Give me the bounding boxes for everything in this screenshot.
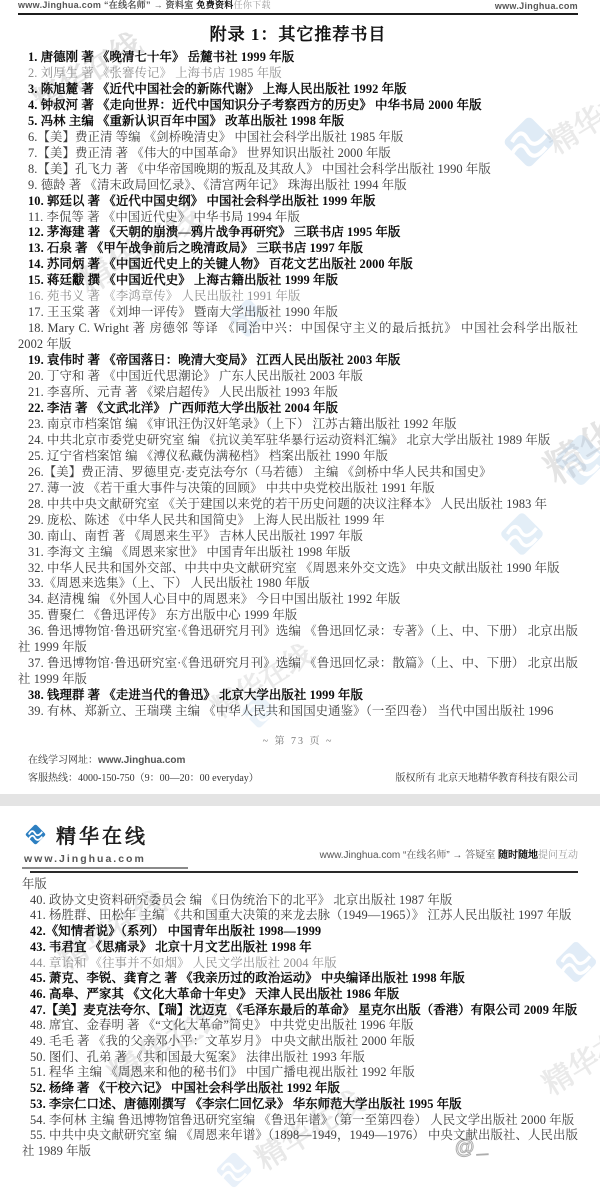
book-list-item: 2. 刘厚生 著 《张謇传记》 上海书店 1985 年版 xyxy=(18,66,578,82)
book-list-item: 18. Mary C. Wright 著 房德邻 等译 《同治中兴：中国保守主义… xyxy=(18,321,578,353)
page-divider xyxy=(0,794,600,806)
book-list-item: 50. 图们、孔弟 著 《共和国最大冤案》 法律出版社 1993 年版 xyxy=(22,1050,578,1066)
book-list-item: 38. 钱理群 著 《走进当代的鲁迅》 北京大学出版社 1999 年版 xyxy=(18,688,578,704)
book-list-item: 21. 李喜所、元青 著 《梁启超传》 人民出版社 1993 年版 xyxy=(18,385,578,401)
study-url: www.Jinghua.com xyxy=(98,755,185,766)
book-list-item: 6.【美】费正清 等编 《剑桥晚清史》 中国社会科学出版社 1985 年版 xyxy=(18,130,578,146)
header-right-prefix: www.Jinghua.com “在线名师” → 答疑室 xyxy=(320,850,498,861)
book-list-item: 10. 郭廷以 著 《近代中国史纲》 中国社会科学出版社 1999 年版 xyxy=(18,194,578,210)
book-list-page2: 40. 政协文史资料研究委员会 编 《日伪统治下的北平》 北京出版社 1987 … xyxy=(22,893,578,1160)
book-list-item: 55. 中共中央文献研究室 编 《周恩来年谱》（1898—1949，1949—1… xyxy=(22,1128,578,1159)
page-1: www.Jinghua.com “在线名师” → 资料室 免费资料任你下载 ww… xyxy=(0,0,600,794)
book-list-item: 14. 苏同炳 著 《中国近代史上的关键人物》 百花文艺出版社 2000 年版 xyxy=(18,257,578,273)
page2-header-rule xyxy=(30,871,578,873)
book-list-item: 39. 有林、郑新立、王瑞璞 主编 《中华人民共和国国史通鉴》（一至四卷） 当代… xyxy=(18,704,578,720)
book-list-item: 5. 冯林 主编 《重新认识百年中国》 改革出版社 1998 年版 xyxy=(18,114,578,130)
book-list-item: 40. 政协文史资料研究委员会 编 《日伪统治下的北平》 北京出版社 1987 … xyxy=(22,893,578,909)
book-list-item: 36. 鲁迅博物馆·鲁迅研究室·《鲁迅研究月刊》选编 《鲁迅回忆录：专著》（上、… xyxy=(18,624,578,656)
book-list-item: 26.【美】费正清、罗德里克·麦克法夸尔（马若德） 主编 《剑桥中华人民共和国史… xyxy=(18,465,578,481)
appendix-title: 附录 1：其它推荐书目 xyxy=(18,20,578,45)
book-list-item: 13. 石泉 著 《甲午战争前后之晚清政局》 三联书店 1997 年版 xyxy=(18,241,578,257)
book-list-item: 32. 中华人民共和国外交部、中共中央文献研究室 《周恩来外交文选》 中央文献出… xyxy=(18,561,578,577)
book-list-item: 33.《周恩来选集》（上、下） 人民出版社 1980 年版 xyxy=(18,576,578,592)
book-list-item: 22. 李洁 著 《文武北洋》 广西师范大学出版社 2004 年版 xyxy=(18,401,578,417)
book-list-item: 37. 鲁迅博物馆·鲁迅研究室·《鲁迅研究月刊》选编 《鲁迅回忆录：散篇》（上、… xyxy=(18,656,578,688)
book-list-item: 20. 丁守和 著 《中国近代思潮论》 广东人民出版社 2003 年版 xyxy=(18,369,578,385)
header-left-suffix: 任你下载 xyxy=(234,0,271,10)
book-list-item: 3. 陈旭麓 著 《近代中国社会的新陈代谢》 上海人民出版社 1992 年版 xyxy=(18,82,578,98)
book-list-item: 45. 萧克、李锐、龚育之 著 《我亲历过的政治运动》 中央编译出版社 1998… xyxy=(22,971,578,987)
page1-header-left: www.Jinghua.com “在线名师” → 资料室 免费资料任你下载 xyxy=(18,0,271,11)
book-list-item: 51. 程华 主编 《周恩来和他的秘书们》 中国广播电视出版社 1992 年版 xyxy=(22,1065,578,1081)
study-url-label: 在线学习网址： xyxy=(28,755,98,766)
book-list-item: 28. 中共中央文献研究室 《关于建国以来党的若干历史问题的决议注释本》 人民出… xyxy=(18,497,578,513)
header-right-bold: 随时随地 xyxy=(498,850,538,861)
book-list-item: 35. 曹聚仁 《鲁迅评传》 东方出版中心 1999 年版 xyxy=(18,608,578,624)
book-list-item: 43. 韦君宜 《思痛录》 北京十月文艺出版社 1998 年 xyxy=(22,940,578,956)
book-list-item: 31. 李海文 主编 《周恩来家世》 中国青年出版社 1998 年版 xyxy=(18,545,578,561)
book-list-item: 41. 杨胜群、田松年 主编 《共和国重大决策的来龙去脉（1949—1965）》… xyxy=(22,908,578,924)
book-list-item: 8.【美】孔飞力 著 《中华帝国晚期的叛乱及其敌人》 中国社会科学出版社 199… xyxy=(18,162,578,178)
page2-header: 精华在线 www.Jinghua.com www.Jinghua.com “在线… xyxy=(22,820,578,869)
page1-footer: ~ 第 73 页 ~ 在线学习网址：www.Jinghua.com 客服热线：4… xyxy=(18,732,578,784)
book-list-item: 27. 薄一波 《若干重大事件与决策的回顾》 中共中央党校出版社 1991 年版 xyxy=(18,481,578,497)
copyright: 版权所有 北京天地精华教育科技有限公司 xyxy=(396,769,579,784)
book-list-item: 23. 南京市档案馆 编 《审讯汪伪汉奸笔录》（上下） 江苏古籍出版社 1992… xyxy=(18,417,578,433)
hotline: 客服热线：4000-150-750（9：00—20：00 everyday） xyxy=(28,769,259,784)
page-number: ~ 第 73 页 ~ xyxy=(18,732,578,747)
book-list-item: 30. 南山、南哲 著 《周恩来生平》 吉林人民出版社 1997 年版 xyxy=(18,529,578,545)
book-list-item: 11. 李侃等 著 《中国近代史》 中华书局 1994 年版 xyxy=(18,210,578,226)
book-list-item: 46. 高皋、严家其 《文化大革命十年史》 天津人民出版社 1986 年版 xyxy=(22,987,578,1003)
book-list-item: 52. 杨绛 著 《干校六记》 中国社会科学出版社 1992 年版 xyxy=(22,1081,578,1097)
brand-name: 精华在线 xyxy=(56,820,148,849)
footer-row: 客服热线：4000-150-750（9：00—20：00 everyday） 版… xyxy=(28,769,578,784)
book-list-item: 19. 袁伟时 著 《帝国落日：晚清大变局》 江西人民出版社 2003 年版 xyxy=(18,353,578,369)
logo-row: 精华在线 xyxy=(22,820,578,849)
book-list-item: 12. 茅海建 著 《天朝的崩溃—鸦片战争再研究》 三联书店 1995 年版 xyxy=(18,225,578,241)
book-list-item: 7.【美】费正清 著 《伟大的中国革命》 世界知识出版社 2000 年版 xyxy=(18,146,578,162)
book-list-item: 25. 辽宁省档案馆 编 《溥仪私藏伪满秘档》 档案出版社 1990 年版 xyxy=(18,449,578,465)
continuation-line: 年版 xyxy=(22,877,578,893)
book-list-item: 17. 王玉棠 著 《刘坤一评传》 暨南大学出版社 1990 年版 xyxy=(18,305,578,321)
book-list-item: 1. 唐德刚 著 《晚清七十年》 岳麓书社 1999 年版 xyxy=(18,50,578,66)
book-list-item: 15. 蒋廷黻 撰 《中国近代史》 上海古籍出版社 1999 年版 xyxy=(18,273,578,289)
book-list-page1: 1. 唐德刚 著 《晚清七十年》 岳麓书社 1999 年版2. 刘厚生 著 《张… xyxy=(18,50,578,720)
book-list-item: 34. 赵清槐 编 《外国人心目中的周恩来》 今日中国出版社 1992 年版 xyxy=(18,592,578,608)
header-left-prefix: www.Jinghua.com “在线名师” → 资料室 xyxy=(18,0,196,10)
book-list-item: 47.【美】麦克法夸尔、【瑞】沈迈克 《毛泽东最后的革命》 星克尔出版（香港）有… xyxy=(22,1003,578,1019)
book-list-item: 4. 钟叔河 著 《走向世界：近代中国知识分子考察西方的历史》 中华书局 200… xyxy=(18,98,578,114)
header-right-suffix: 提问互动 xyxy=(538,850,578,861)
book-list-item: 29. 庞松、陈述 《中华人民共和国简史》 上海人民出版社 1999 年 xyxy=(18,513,578,529)
book-list-item: 42.《知情者说》（系列） 中国青年出版社 1998—1999 xyxy=(22,924,578,940)
page2-header-right: www.Jinghua.com “在线名师” → 答疑室 随时随地提问互动 xyxy=(320,846,578,861)
book-list-item: 48. 席宜、金春明 著 《“文化大革命”简史》 中共党史出版社 1996 年版 xyxy=(22,1018,578,1034)
book-list-item: 44. 章诒和 《往事并不如烟》 人民文学出版社 2004 年版 xyxy=(22,956,578,972)
header-left-bold: 免费资料 xyxy=(196,0,233,10)
book-list-item: 24. 中共北京市委党史研究室 编 《抗议美军驻华暴行运动资料汇编》 北京大学出… xyxy=(18,433,578,449)
jinghua-logo-icon xyxy=(22,821,49,848)
book-list-item: 9. 德龄 著 《清末政局回忆录》、《清宫两年记》 珠海出版社 1994 年版 xyxy=(18,178,578,194)
book-list-item: 54. 李何林 主编 鲁迅博物馆鲁迅研究室编 《鲁迅年谱》（第一至第四卷） 人民… xyxy=(22,1113,578,1129)
page-2: 精华在线 www.Jinghua.com www.Jinghua.com “在线… xyxy=(0,806,600,1200)
book-list-item: 49. 毛毛 著 《我的父亲邓小平：文革岁月》 中央文献出版社 2000 年版 xyxy=(22,1034,578,1050)
study-url-line: 在线学习网址：www.Jinghua.com xyxy=(28,751,578,766)
logo-url: www.Jinghua.com xyxy=(22,852,188,869)
page1-header-url: www.Jinghua.com xyxy=(495,1,578,11)
page1-header: www.Jinghua.com “在线名师” → 资料室 免费资料任你下载 ww… xyxy=(18,0,578,15)
book-list-item: 16. 苑书义 著 《李鸿章传》 人民出版社 1991 年版 xyxy=(18,289,578,305)
book-list-item: 53. 李宗仁口述、唐德刚撰写 《李宗仁回忆录》 华东师范大学出版社 1995 … xyxy=(22,1097,578,1113)
